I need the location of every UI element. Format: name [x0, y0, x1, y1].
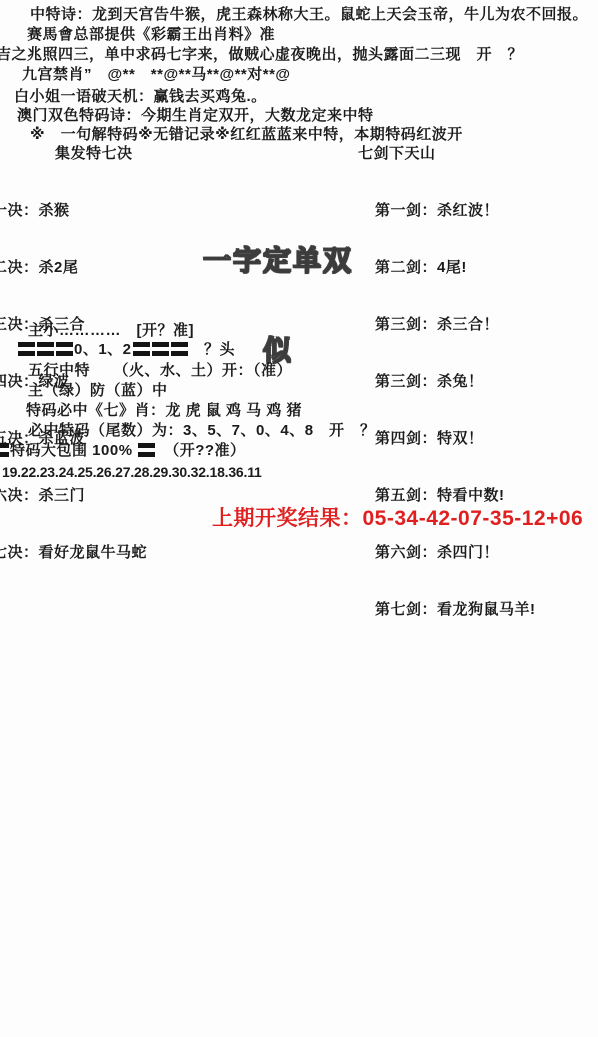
zhu-xiao-line: 主小………… [开？准]: [28, 322, 194, 340]
banner-line1: 一字定单双: [193, 246, 363, 276]
bar-icon: [152, 342, 169, 356]
bar-icon: [0, 443, 9, 457]
list-item: 第七剑：看龙狗鼠马羊!: [375, 601, 536, 622]
list-item: 第二剑：4尾!: [375, 259, 536, 280]
numbers-line: 19.22.23.24.25.26.27.28.29.30.32.18.36.1…: [2, 463, 262, 481]
one-phrase-line: ※ 一句解特码※无错记录※红红蓝蓝来中特，本期特码红波开: [30, 126, 463, 144]
list-item: 第五剑：特看中数!: [375, 487, 536, 508]
list-item: 第三剑：杀兔！: [375, 373, 536, 394]
bars-tail: ？头: [189, 341, 236, 358]
right-column-title: 七剑下天山: [358, 145, 436, 163]
zhu-fang-line: 主（绿）防（蓝）中: [28, 382, 168, 400]
bars-numbers: 0、1、2: [74, 341, 132, 358]
baowei-text: 特码大包围 100%: [10, 442, 137, 459]
list-item: 二决：杀2尾: [0, 259, 147, 280]
last-draw-result: 上期开奖结果：05-34-42-07-35-12+06: [212, 506, 583, 532]
list-item: 第一剑：杀红波！: [375, 202, 536, 223]
bar-icon: [56, 342, 73, 356]
omen-line: 吉之兆照四三，单中求码七字来，做贼心虚夜晚出，抛头露面二三现 开 ？: [0, 46, 523, 64]
bar-icon: [18, 342, 35, 356]
left-column-title: 集发特七决: [55, 145, 133, 163]
list-item: 一决：杀猴: [0, 202, 147, 223]
list-item: 第六剑：杀四门！: [375, 544, 536, 565]
list-item: 七决：看好龙鼠牛马蛇: [0, 544, 147, 565]
jiugong-line: 九宫禁肖” @** **@**马**@**对**@: [22, 66, 291, 84]
result-label: 上期开奖结果：: [212, 507, 363, 530]
wuxing-line: 五行中特 （火、水、土）开：（准）: [28, 362, 292, 380]
weishu-line: 必中特码（尾数）为：3、5、7、0、4、8 开 ？: [28, 422, 376, 440]
list-item: 第三剑：杀三合！: [375, 316, 536, 337]
bar-icon: [138, 443, 155, 457]
list-item: 六决：杀三门: [0, 487, 147, 508]
bar-icon: [133, 342, 150, 356]
baowei-line: 特码大包围 100% （开??准）: [0, 442, 246, 460]
qi-xiao-line: 特码必中《七》肖：龙 虎 鼠 鸡 马 鸡 猪: [26, 402, 302, 420]
bar-icon: [171, 342, 188, 356]
macau-poem-line: 澳门双色特码诗：今期生肖定双开，大数龙定来中特: [17, 107, 374, 125]
special-poem-line: 中特诗：龙到天宫告牛猴，虎王森林称大王。鼠蛇上天会玉帝，牛儿为农不回报。: [30, 6, 588, 24]
result-value: 05-34-42-07-35-12+06: [363, 507, 584, 530]
right-column-list: 第一剑：杀红波！ 第二剑：4尾! 第三剑：杀三合！ 第三剑：杀兔！ 第四剑：特双…: [375, 166, 536, 658]
center-banner: 一字定单双 似: [193, 186, 363, 426]
tip-sheet-page: 中特诗：龙到天宫告牛猴，虎王森林称大王。鼠蛇上天会玉帝，牛儿为农不回报。 赛馬會…: [0, 0, 598, 1037]
bar-icon: [37, 342, 54, 356]
baixiaojie-line: 白小姐一语破天机：赢钱去买鸡兔.。: [14, 88, 267, 106]
list-item: 第四剑：特双！: [375, 430, 536, 451]
baowei-tail: （开??准）: [156, 442, 245, 459]
bars-line: 0、1、2 ？头: [17, 341, 235, 359]
jockey-club-line: 赛馬會总部提供《彩霸王出肖料》准: [27, 26, 275, 44]
